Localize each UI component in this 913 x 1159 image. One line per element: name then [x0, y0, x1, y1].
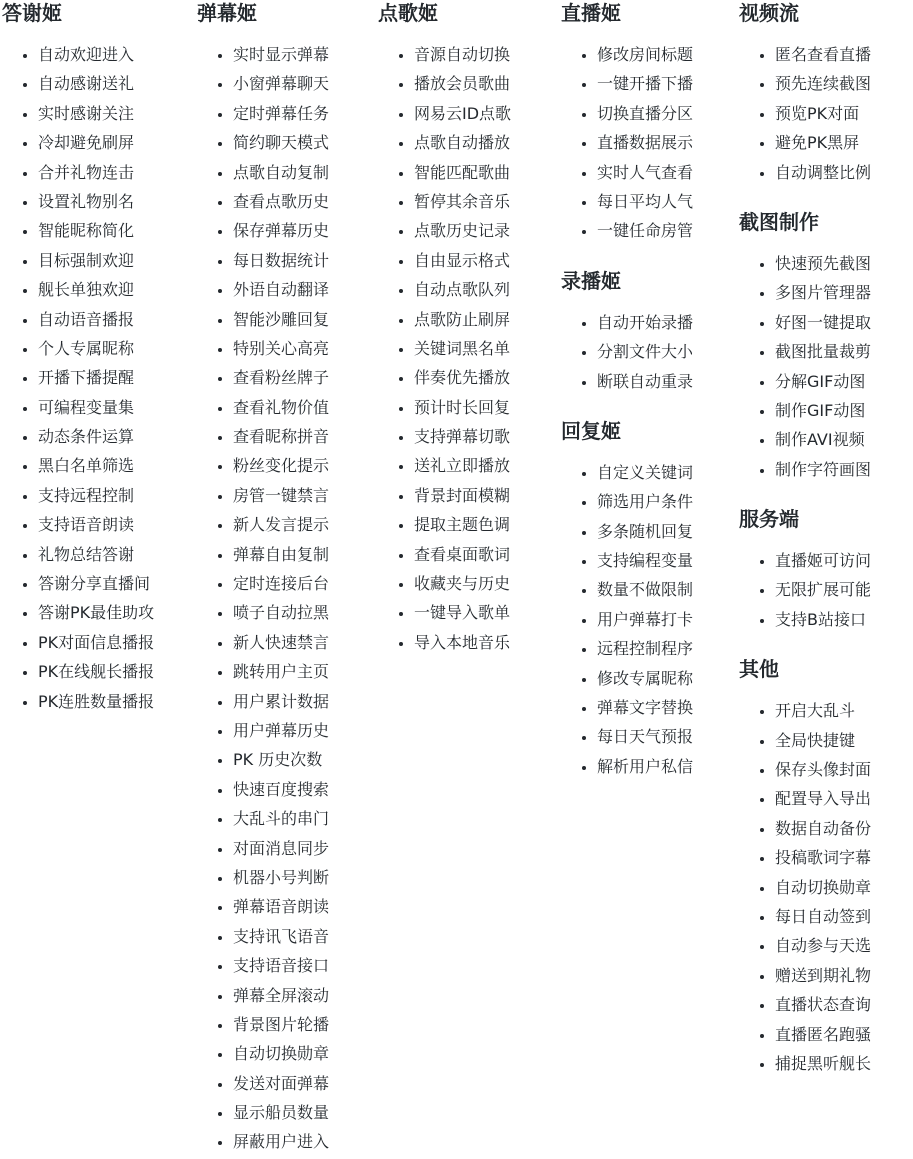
- feature-list-item: 支持远程控制: [38, 481, 154, 510]
- feature-list-item: 好图一键提取: [775, 308, 871, 337]
- feature-section: 视频流匿名查看直播预先连续截图预览PK对面避免PK黑屏自动调整比例: [739, 0, 871, 187]
- feature-list-item: 伴奏优先播放: [414, 363, 511, 392]
- feature-list-item: 预计时长回复: [414, 393, 511, 422]
- feature-list-item: 投稿歌词字幕: [775, 843, 871, 872]
- feature-list: 匿名查看直播预先连续截图预览PK对面避免PK黑屏自动调整比例: [739, 40, 871, 187]
- feature-section: 答谢姬自动欢迎进入自动感谢送礼实时感谢关注冷却避免刷屏合并礼物连击设置礼物别名智…: [2, 0, 154, 716]
- section-heading: 答谢姬: [2, 0, 154, 26]
- feature-list-item: 屏蔽用户进入: [233, 1127, 329, 1156]
- feature-list-item: 全局快捷键: [775, 726, 871, 755]
- feature-list-item: 开启大乱斗: [775, 696, 871, 725]
- feature-list-item: 保存弹幕历史: [233, 216, 329, 245]
- feature-list: 修改房间标题一键开播下播切换直播分区直播数据展示实时人气查看每日平均人气一键任命…: [561, 40, 693, 246]
- feature-list-item: 实时感谢关注: [38, 99, 154, 128]
- feature-section: 录播姬自动开始录播分割文件大小断联自动重录: [561, 268, 693, 396]
- feature-list-item: 实时显示弹幕: [233, 40, 329, 69]
- feature-list-item: 远程控制程序: [597, 634, 693, 663]
- feature-list-item: 音源自动切换: [414, 40, 511, 69]
- feature-list-item: 发送对面弹幕: [233, 1069, 329, 1098]
- feature-list-item: 自动欢迎进入: [38, 40, 154, 69]
- feature-list-item: 黑白名单筛选: [38, 451, 154, 480]
- feature-list-item: PK连胜数量播报: [38, 687, 154, 716]
- feature-list-item: 点歌历史记录: [414, 216, 511, 245]
- feature-list-item: 定时弹幕任务: [233, 99, 329, 128]
- feature-list-item: 点歌自动播放: [414, 128, 511, 157]
- section-heading: 其他: [739, 656, 871, 682]
- feature-list-item: 一键任命房管: [597, 216, 693, 245]
- feature-list-item: 自动感谢送礼: [38, 69, 154, 98]
- feature-list-item: 用户累计数据: [233, 687, 329, 716]
- feature-list-item: 快速预先截图: [775, 249, 871, 278]
- feature-list-item: 点歌防止刷屏: [414, 305, 511, 334]
- feature-column: 弹幕姬实时显示弹幕小窗弹幕聊天定时弹幕任务简约聊天模式点歌自动复制查看点歌历史保…: [197, 0, 329, 1157]
- section-heading: 服务端: [739, 506, 871, 532]
- feature-list-item: 送礼立即播放: [414, 451, 511, 480]
- feature-list-item: 捕捉黑听舰长: [775, 1049, 871, 1078]
- feature-list-item: 每日数据统计: [233, 246, 329, 275]
- feature-list-item: 支持弹幕切歌: [414, 422, 511, 451]
- feature-list-item: 预先连续截图: [775, 69, 871, 98]
- feature-list-item: 背景图片轮播: [233, 1010, 329, 1039]
- feature-list-item: 断联自动重录: [597, 367, 693, 396]
- section-heading: 点歌姬: [378, 0, 511, 26]
- feature-list-item: 查看粉丝牌子: [233, 363, 329, 392]
- feature-list-item: 简约聊天模式: [233, 128, 329, 157]
- feature-list-item: 答谢PK最佳助攻: [38, 598, 154, 627]
- feature-list-item: 设置礼物别名: [38, 187, 154, 216]
- feature-section: 截图制作快速预先截图多图片管理器好图一键提取截图批量裁剪分解GIF动图制作GIF…: [739, 209, 871, 484]
- feature-list-item: 直播姬可访问: [775, 546, 871, 575]
- feature-list-item: 避免PK黑屏: [775, 128, 871, 157]
- feature-list-item: 智能匹配歌曲: [414, 158, 511, 187]
- section-heading: 视频流: [739, 0, 871, 26]
- feature-list-item: 自由显示格式: [414, 246, 511, 275]
- feature-list-item: 多图片管理器: [775, 278, 871, 307]
- feature-list-item: 匿名查看直播: [775, 40, 871, 69]
- feature-section: 点歌姬音源自动切换播放会员歌曲网易云ID点歌点歌自动播放智能匹配歌曲暂停其余音乐…: [378, 0, 511, 657]
- feature-list-item: PK在线舰长播报: [38, 657, 154, 686]
- feature-list-item: 自定义关键词: [597, 458, 693, 487]
- feature-list-item: 动态条件运算: [38, 422, 154, 451]
- feature-list-item: 修改房间标题: [597, 40, 693, 69]
- feature-list-item: 每日自动签到: [775, 902, 871, 931]
- feature-list-item: 每日平均人气: [597, 187, 693, 216]
- section-heading: 截图制作: [739, 209, 871, 235]
- feature-list-item: 显示船员数量: [233, 1098, 329, 1127]
- feature-list-item: 一键导入歌单: [414, 598, 511, 627]
- feature-list-item: 弹幕文字替换: [597, 693, 693, 722]
- feature-list-item: 关键词黑名单: [414, 334, 511, 363]
- feature-list-item: 实时人气查看: [597, 158, 693, 187]
- feature-column: 答谢姬自动欢迎进入自动感谢送礼实时感谢关注冷却避免刷屏合并礼物连击设置礼物别名智…: [2, 0, 154, 716]
- feature-list-item: 自动切换勋章: [233, 1039, 329, 1068]
- feature-list: 快速预先截图多图片管理器好图一键提取截图批量裁剪分解GIF动图制作GIF动图制作…: [739, 249, 871, 484]
- section-heading: 弹幕姬: [197, 0, 329, 26]
- section-heading: 直播姬: [561, 0, 693, 26]
- feature-list-item: 小窗弹幕聊天: [233, 69, 329, 98]
- feature-list-item: 自动语音播报: [38, 305, 154, 334]
- feature-list-item: 分解GIF动图: [775, 367, 871, 396]
- feature-list-item: 支持讯飞语音: [233, 922, 329, 951]
- feature-list: 音源自动切换播放会员歌曲网易云ID点歌点歌自动播放智能匹配歌曲暂停其余音乐点歌历…: [378, 40, 511, 657]
- feature-list-item: 导入本地音乐: [414, 628, 511, 657]
- feature-list-item: 智能昵称简化: [38, 216, 154, 245]
- feature-list: 自定义关键词筛选用户条件多条随机回复支持编程变量数量不做限制用户弹幕打卡远程控制…: [561, 458, 693, 781]
- feature-section: 弹幕姬实时显示弹幕小窗弹幕聊天定时弹幕任务简约聊天模式点歌自动复制查看点歌历史保…: [197, 0, 329, 1157]
- feature-list-item: 数据自动备份: [775, 814, 871, 843]
- feature-list-item: 智能沙雕回复: [233, 305, 329, 334]
- feature-list-item: 查看桌面歌词: [414, 540, 511, 569]
- feature-list: 直播姬可访问无限扩展可能支持B站接口: [739, 546, 871, 634]
- feature-list-item: 开播下播提醒: [38, 363, 154, 392]
- feature-list-item: 解析用户私信: [597, 752, 693, 781]
- feature-list-item: 制作AVI视频: [775, 425, 871, 454]
- feature-list-item: 修改专属昵称: [597, 664, 693, 693]
- feature-list-item: 合并礼物连击: [38, 158, 154, 187]
- feature-list-item: 对面消息同步: [233, 834, 329, 863]
- feature-list-item: 直播匿名跑骚: [775, 1020, 871, 1049]
- feature-list-item: 一键开播下播: [597, 69, 693, 98]
- feature-list-item: 舰长单独欢迎: [38, 275, 154, 304]
- feature-list-item: 配置导入导出: [775, 784, 871, 813]
- feature-list-item: 喷子自动拉黑: [233, 598, 329, 627]
- feature-list-item: 制作GIF动图: [775, 396, 871, 425]
- feature-list-item: 制作字符画图: [775, 455, 871, 484]
- feature-list-item: 机器小号判断: [233, 863, 329, 892]
- feature-list-item: 自动参与天选: [775, 931, 871, 960]
- feature-list-item: 可编程变量集: [38, 393, 154, 422]
- feature-list-item: 暂停其余音乐: [414, 187, 511, 216]
- feature-list-item: 支持语音接口: [233, 951, 329, 980]
- feature-list-item: 用户弹幕打卡: [597, 605, 693, 634]
- feature-list-item: 无限扩展可能: [775, 575, 871, 604]
- feature-list-item: 查看点歌历史: [233, 187, 329, 216]
- feature-column: 直播姬修改房间标题一键开播下播切换直播分区直播数据展示实时人气查看每日平均人气一…: [561, 0, 693, 781]
- feature-column: 视频流匿名查看直播预先连续截图预览PK对面避免PK黑屏自动调整比例截图制作快速预…: [739, 0, 871, 1078]
- feature-list-item: 快速百度搜索: [233, 775, 329, 804]
- feature-list-item: 自动切换勋章: [775, 873, 871, 902]
- feature-list-item: 粉丝变化提示: [233, 451, 329, 480]
- feature-list: 自动开始录播分割文件大小断联自动重录: [561, 308, 693, 396]
- feature-list-item: 冷却避免刷屏: [38, 128, 154, 157]
- feature-list-item: PK对面信息播报: [38, 628, 154, 657]
- feature-list-item: 新人发言提示: [233, 510, 329, 539]
- feature-list-item: 保存头像封面: [775, 755, 871, 784]
- feature-list-item: 答谢分享直播间: [38, 569, 154, 598]
- feature-list-item: 房管一键禁言: [233, 481, 329, 510]
- feature-list-item: 新人快速禁言: [233, 628, 329, 657]
- feature-list-item: 筛选用户条件: [597, 487, 693, 516]
- feature-list-item: 用户弹幕历史: [233, 716, 329, 745]
- feature-list-item: 个人专属昵称: [38, 334, 154, 363]
- feature-list-item: 分割文件大小: [597, 337, 693, 366]
- feature-section: 回复姬自定义关键词筛选用户条件多条随机回复支持编程变量数量不做限制用户弹幕打卡远…: [561, 418, 693, 781]
- feature-list-item: 弹幕语音朗读: [233, 892, 329, 921]
- feature-list-item: 跳转用户主页: [233, 657, 329, 686]
- feature-list-item: 定时连接后台: [233, 569, 329, 598]
- feature-list-item: 大乱斗的串门: [233, 804, 329, 833]
- feature-list-item: 直播数据展示: [597, 128, 693, 157]
- feature-list-item: 查看礼物价值: [233, 393, 329, 422]
- feature-list-item: 礼物总结答谢: [38, 540, 154, 569]
- feature-list-item: 每日天气预报: [597, 722, 693, 751]
- feature-list-item: 查看昵称拼音: [233, 422, 329, 451]
- feature-list-item: 直播状态查询: [775, 990, 871, 1019]
- feature-list-item: 背景封面模糊: [414, 481, 511, 510]
- feature-list-item: 赠送到期礼物: [775, 961, 871, 990]
- feature-list-item: 切换直播分区: [597, 99, 693, 128]
- feature-list-item: 截图批量裁剪: [775, 337, 871, 366]
- feature-list-item: 弹幕全屏滚动: [233, 981, 329, 1010]
- feature-section: 服务端直播姬可访问无限扩展可能支持B站接口: [739, 506, 871, 634]
- feature-section: 其他开启大乱斗全局快捷键保存头像封面配置导入导出数据自动备份投稿歌词字幕自动切换…: [739, 656, 871, 1078]
- feature-list-item: 点歌自动复制: [233, 158, 329, 187]
- feature-list-item: PK 历史次数: [233, 745, 329, 774]
- feature-list: 开启大乱斗全局快捷键保存头像封面配置导入导出数据自动备份投稿歌词字幕自动切换勋章…: [739, 696, 871, 1078]
- feature-list-item: 外语自动翻译: [233, 275, 329, 304]
- feature-list-item: 支持编程变量: [597, 546, 693, 575]
- feature-section: 直播姬修改房间标题一键开播下播切换直播分区直播数据展示实时人气查看每日平均人气一…: [561, 0, 693, 246]
- feature-list-item: 支持语音朗读: [38, 510, 154, 539]
- feature-list-item: 目标强制欢迎: [38, 246, 154, 275]
- feature-list-item: 自动点歌队列: [414, 275, 511, 304]
- feature-list-item: 预览PK对面: [775, 99, 871, 128]
- feature-list-item: 提取主题色调: [414, 510, 511, 539]
- feature-list-item: 网易云ID点歌: [414, 99, 511, 128]
- feature-list: 自动欢迎进入自动感谢送礼实时感谢关注冷却避免刷屏合并礼物连击设置礼物别名智能昵称…: [2, 40, 154, 716]
- section-heading: 回复姬: [561, 418, 693, 444]
- feature-list-item: 收藏夹与历史: [414, 569, 511, 598]
- feature-list-item: 自动开始录播: [597, 308, 693, 337]
- feature-list-item: 多条随机回复: [597, 517, 693, 546]
- feature-list-item: 特别关心高亮: [233, 334, 329, 363]
- feature-list-item: 自动调整比例: [775, 158, 871, 187]
- feature-list-item: 播放会员歌曲: [414, 69, 511, 98]
- feature-column: 点歌姬音源自动切换播放会员歌曲网易云ID点歌点歌自动播放智能匹配歌曲暂停其余音乐…: [378, 0, 511, 657]
- feature-list: 实时显示弹幕小窗弹幕聊天定时弹幕任务简约聊天模式点歌自动复制查看点歌历史保存弹幕…: [197, 40, 329, 1157]
- feature-list-item: 数量不做限制: [597, 575, 693, 604]
- feature-list-item: 弹幕自由复制: [233, 540, 329, 569]
- feature-list-item: 支持B站接口: [775, 605, 871, 634]
- section-heading: 录播姬: [561, 268, 693, 294]
